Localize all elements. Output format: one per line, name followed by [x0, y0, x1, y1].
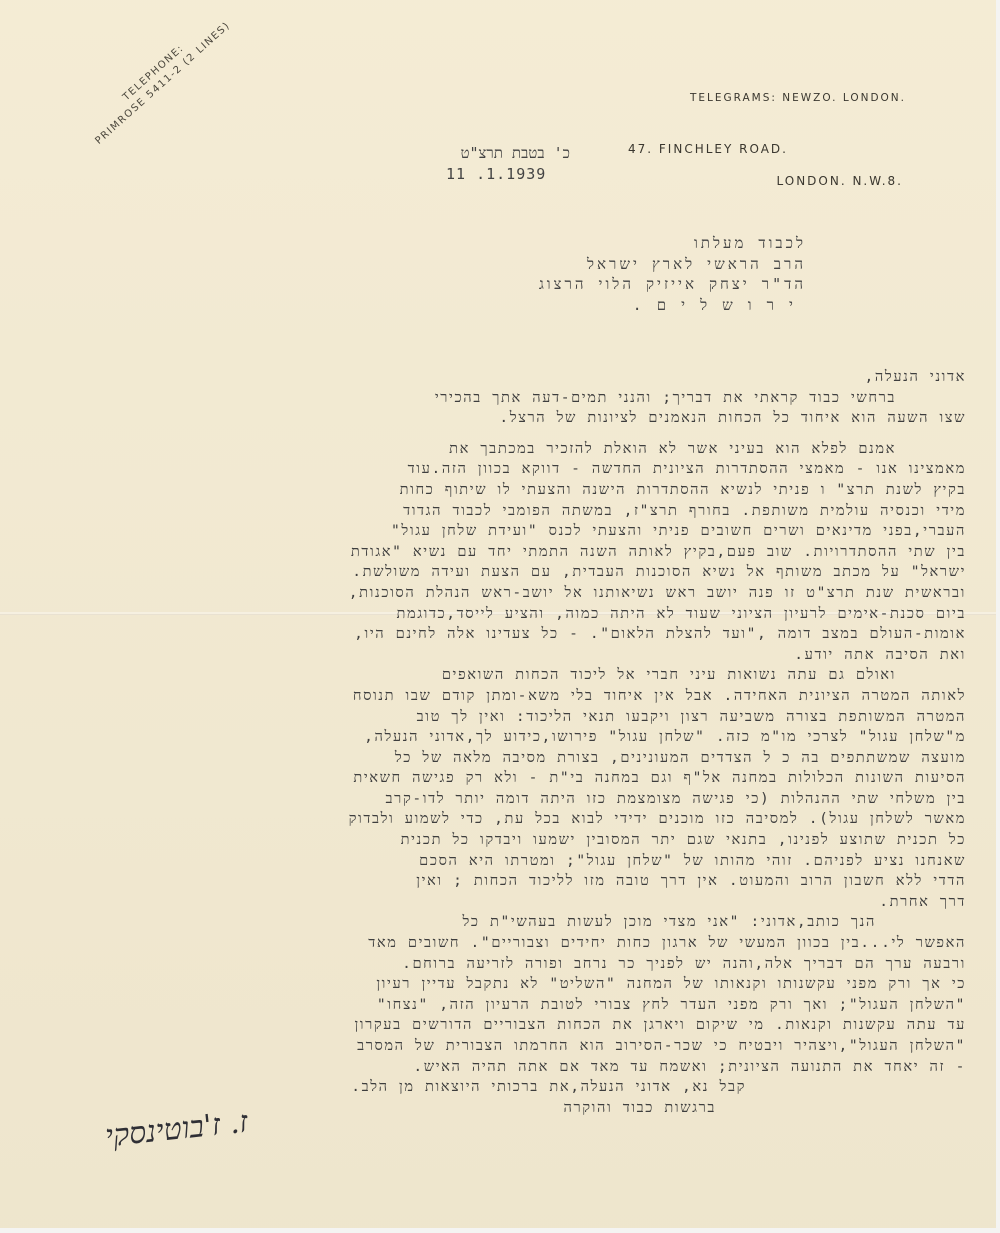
body-line: ורבעה ערך הם דבריך אלה,והנה יש לפניך כר …	[36, 954, 966, 975]
telephone-info: TELEPHONE: PRIMROSE 5411-2 (2 LINES)	[75, 1, 242, 156]
body-line: אומות-העולם במצב דומה ,"ועד להצלת הלאום"…	[36, 624, 966, 645]
body-line: עד עתה עקשנות וקנאות. מי שיקום ויארגן את…	[36, 1015, 966, 1036]
body-line: מאמצינו אנו - מאמצי ההסתדרות הציונית החד…	[36, 459, 966, 480]
gregorian-date: 11 .1.1939	[380, 164, 570, 185]
letter-page: TELEPHONE: PRIMROSE 5411-2 (2 LINES) TEL…	[0, 0, 996, 1228]
body-line: אמנם לפלא הוא בעיני אשר לא הואלת להזכיר …	[36, 439, 966, 460]
street-address: 47. FINCHLEY ROAD.	[628, 142, 788, 156]
body-line: ברחשי כבוד קראתי את דבריך; והנני תמים-דע…	[36, 388, 966, 409]
body-line: כל תכנית שתוצע לפנינו, בתנאי שגם יתר המס…	[36, 830, 966, 851]
body-line: - זה יאחד את התנועה הציונית; ואשמח עד מא…	[36, 1057, 966, 1078]
body-line: מידי וכנסיה עולמית משותפת. בחורף תרצ"ז, …	[36, 501, 966, 522]
body-line: ישראל" על מכתב משותף אל נשיא הסוכנות העב…	[36, 562, 966, 583]
letter-date: כ' בטבת תרצ"ט 11 .1.1939	[380, 143, 570, 185]
body-line: ביום סכנת-אימים לרעיון הציוני שעוד לא הי…	[36, 604, 966, 625]
telephone-number: PRIMROSE 5411-2 (2 LINES)	[84, 12, 242, 156]
recipient-line: הד"ר יצחק אייזיק הלוי הרצוג	[539, 274, 806, 295]
letter-body: אדוני הנעלה, ברחשי כבוד קראתי את דבריך; …	[36, 367, 966, 1118]
body-line: מאשר לשלחן עגול). למסיבה כזו מוכנים ידיד…	[36, 809, 966, 830]
body-line: "השלחן העגול"; ואך ורק מפני העדר לחץ צבו…	[36, 995, 966, 1016]
body-line: בין משלחי שתי ההנהלות (כי פגישה מצומצמת …	[36, 789, 966, 810]
body-line: בין שתי ההסתדרויות. שוב פעם,בקיץ לאותה ה…	[36, 542, 966, 563]
body-line: המטרה המשותפת בצורה משביעה רצון ויקבעו ת…	[36, 707, 966, 728]
recipient-line: י ר ו ש ל י ם .	[539, 295, 806, 316]
hebrew-date: כ' בטבת תרצ"ט	[380, 143, 570, 164]
body-line: ואת הסיבה אתה יודע.	[36, 645, 966, 666]
body-line: בקיץ לשנת תרצ" ו פניתי לנשיא ההסתדרות הי…	[36, 480, 966, 501]
body-line: ואולם גם עתה נשואות עיני חברי אל ליכוד ה…	[36, 665, 966, 686]
recipient-block: לכבוד מעלתו הרב הראשי לארץ ישראל הד"ר יצ…	[539, 233, 806, 315]
body-line: כי אך ורק מפני עקשנותו וקנאותו של המחנה …	[36, 974, 966, 995]
body-line: האפשר לי...בין בכוון המעשי של ארגון כחות…	[36, 933, 966, 954]
body-line: הדדי ללא חשבון הרוב והמעוט. אין דרך טובה…	[36, 871, 966, 892]
body-line: הסיעות השונות הכלולות במחנה אל"ף וגם במח…	[36, 768, 966, 789]
body-line: "השלחן העגול",ויצהיר ויבטיח כי שכר-הסירו…	[36, 1036, 966, 1057]
body-line: שצו השעה הוא איחוד כל הכחות הנאמנים לציו…	[36, 408, 966, 429]
body-line: שאנחנו נציע לפניהם. זוהי מהותו של "שלחן …	[36, 851, 966, 872]
body-line: לאותה המטרה הציונית האחידה. אבל אין איחו…	[36, 686, 966, 707]
body-line: דרך אחרת.	[36, 892, 966, 913]
body-line: ובראשית שנת תרצ"ט זו פנה יושב ראש נשיאות…	[36, 583, 966, 604]
recipient-line: לכבוד מעלתו	[539, 233, 806, 254]
body-line: העברי,בפני מדינאים ושרים חשובים פניתי וה…	[36, 521, 966, 542]
body-line: מועצה שמשתתפים בה כ ל הצדדים המעונינים, …	[36, 748, 966, 769]
recipient-line: הרב הראשי לארץ ישראל	[539, 254, 806, 275]
telegrams-address: TELEGRAMS: NEWZO. LONDON.	[690, 92, 906, 104]
closing-line: קבל נא, אדוני הנעלה,את ברכותי היוצאות מן…	[36, 1077, 966, 1098]
telephone-label: TELEPHONE:	[75, 1, 233, 145]
body-line: הנך כותב,אדוני: "אני מצדי מוכן לעשות בעה…	[36, 912, 966, 933]
city-address: LONDON. N.W.8.	[776, 174, 903, 188]
salutation: אדוני הנעלה,	[36, 367, 966, 388]
body-line: מ"שלחן עגול" לצרכי מו"מ כזה. "שלחן עגול"…	[36, 727, 966, 748]
